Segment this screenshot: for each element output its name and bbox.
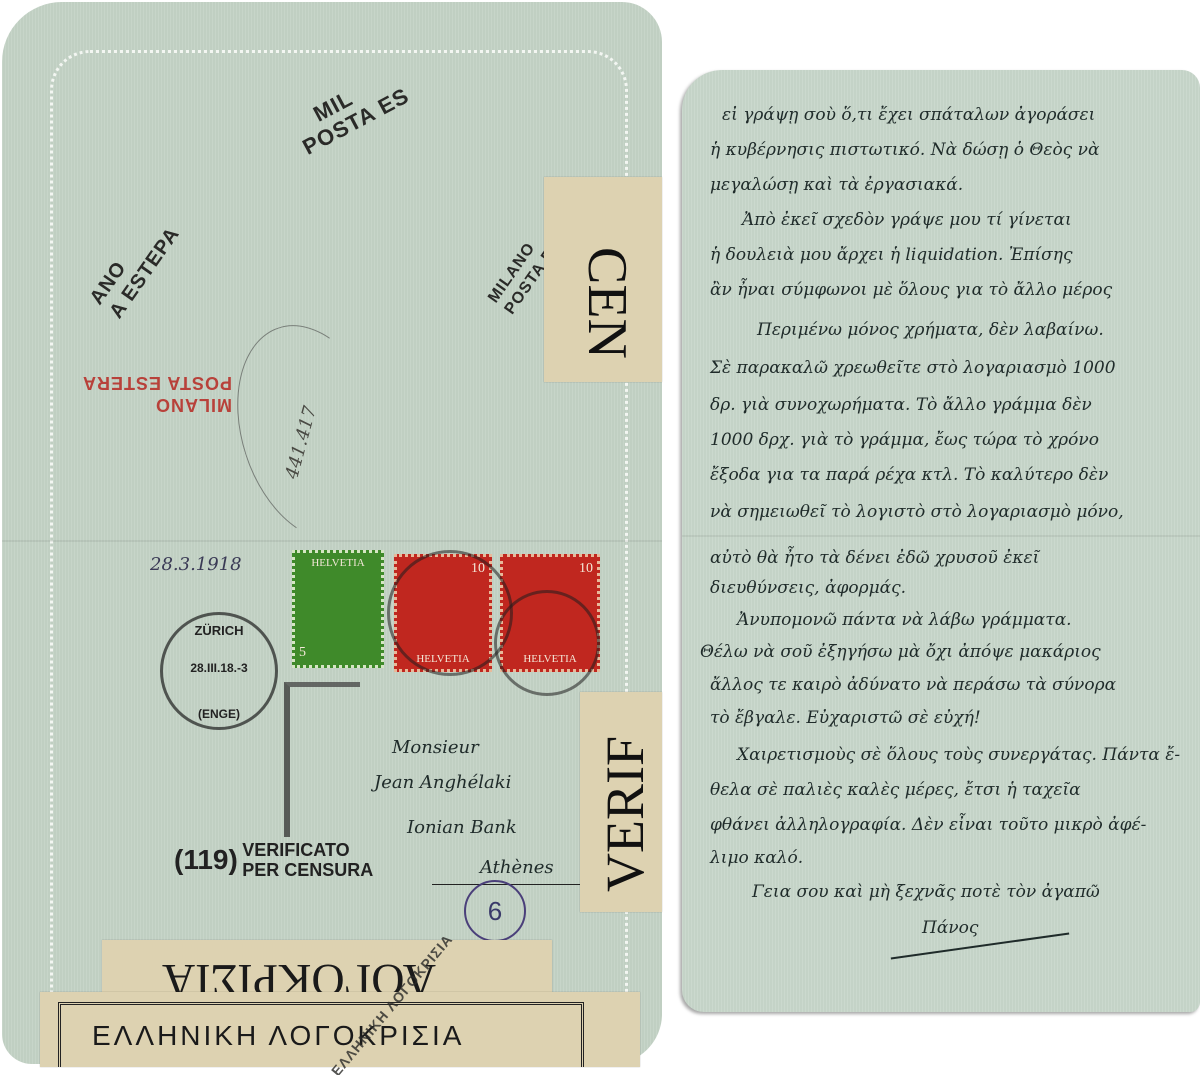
- address-line: Jean Anghélaki: [374, 772, 511, 793]
- address-line: Ionian Bank: [407, 817, 517, 838]
- letter-line: λιμο καλό.: [710, 848, 803, 868]
- letter-line: διευθύνσεις, ἀφορμάς.: [710, 578, 906, 598]
- stamp-value: 10: [579, 561, 593, 577]
- zurich-cancel-stamp: ZÜRICH 28.III.18.-3 (ENGE): [160, 612, 278, 730]
- censor-label-text: ΕΛΛΗΝΙΚΗ ΛΟΓΟΚΡΙΣΙΑ: [92, 1020, 464, 1052]
- cancel-district: (ENGE): [163, 707, 275, 721]
- letter-line: ἂν ἦναι σύμφωνοι μὲ ὅλους για τὸ ἄλλο μέ…: [710, 280, 1112, 300]
- censor-label-text: VERIF: [594, 736, 656, 892]
- letter-line: θελα σὲ παλιὲς καλὲς μέρες, ἔτσι ἡ ταχεῖ…: [710, 780, 1081, 800]
- letter-line: ἡ κυβέρνησις πιστωτικό. Νὰ δώσῃ ὁ Θεὸς ν…: [710, 140, 1099, 160]
- letter-line: Χαιρετισμοὺς σὲ ὅλους τοὺς συνεργάτας. Π…: [737, 745, 1180, 765]
- stamp-country: HELVETIA: [311, 557, 364, 569]
- violet-circle-mark: 6: [464, 880, 526, 942]
- letter-line: αὐτὸ θὰ ἦτο τὰ δένει ἐδῶ χρυσοῦ ἐκεῖ: [710, 548, 1039, 568]
- letter-line: φθάνει ἀλληλογραφία. Δὲν εἶναι τοῦτο μικ…: [710, 815, 1146, 835]
- censor-line: VERIFICATO: [242, 840, 373, 860]
- handwritten-date: 28.3.1918: [150, 554, 242, 575]
- letter-card-back: εἰ γράψῃ σοὺ ὅ,τι ἔχει σπάταλων ἀγοράσει…: [682, 70, 1200, 1012]
- letter-line: Θέλω νὰ σοῦ ἐξηγήσω μὰ ὄχι ἀπόψε μακάριο…: [700, 642, 1101, 662]
- letter-line: Περιμένω μόνος χρήματα, δὲν λαβαίνω.: [757, 320, 1104, 340]
- cancel-on-stamps-1: [387, 550, 513, 676]
- address-line: Monsieur: [392, 737, 479, 758]
- letter-line: ἡ δουλειὰ μου ἄρχει ἡ liquidation. Ἐπίση…: [710, 245, 1073, 265]
- censor-number: (119): [174, 844, 238, 875]
- stamp-value: 5: [299, 645, 306, 661]
- letter-line: Γεια σου καὶ μὴ ξεχνᾶς ποτὲ τὸν ἀγαπῶ: [752, 882, 1100, 902]
- censor-label-verif: VERIF: [580, 692, 662, 912]
- letter-line: μεγαλώσῃ καὶ τὰ ἐργασιακά.: [710, 175, 963, 195]
- letter-line: ἔξοδα για τα παρά ρέχα κτλ. Τὸ καλύτερο …: [710, 465, 1108, 485]
- letter-line: Σὲ παρακαλῶ χρεωθεῖτε στὸ λογαριασμὸ 100…: [710, 358, 1116, 378]
- postage-stamp-5: HELVETIA 5: [292, 550, 384, 668]
- signature: Πάνος: [922, 918, 978, 938]
- cancel-on-stamps-2: [494, 590, 600, 696]
- letter-line: 1000 δρχ. γιὰ τὸ γράμμα, ἔως τώρα τὸ χρό…: [710, 430, 1099, 450]
- cancel-date: 28.III.18.-3: [163, 661, 275, 675]
- censor-label-cen: CEN: [544, 177, 662, 382]
- circle-mark-number: 6: [488, 896, 502, 926]
- fold-line: [682, 535, 1200, 537]
- letter-line: δρ. γιὰ συνοχωρήματα. Τὸ ἄλλο γράμμα δὲν: [710, 395, 1092, 415]
- letter-line: τὸ ἔβγαλε. Εὐχαριστῶ σὲ εὐχή!: [710, 708, 981, 728]
- letter-card-front: MIL POSTA ES ANO A ESTEPA MILANO POSTA E…: [2, 2, 662, 1064]
- censor-stamp: (119) VERIFICATO PER CENSURA: [174, 840, 373, 880]
- milano-postmark-red: MILANO POSTA ESTERA: [82, 372, 232, 416]
- letter-line: ἄλλος τε καιρὸ ἀδύνατο νὰ περάσω τὰ σύνο…: [710, 675, 1116, 695]
- address-line: Athènes: [480, 857, 554, 878]
- letter-line: νὰ σημειωθεῖ τὸ λογιστὸ στὸ λογαριασμὸ μ…: [710, 502, 1124, 522]
- cancel-city: ZÜRICH: [163, 623, 275, 638]
- letter-line: εἰ γράψῃ σοὺ ὅ,τι ἔχει σπάταλων ἀγοράσει: [722, 105, 1095, 125]
- censor-label-text: CEN: [575, 247, 639, 359]
- censor-frame-mark: [284, 682, 360, 837]
- letter-line: Ἀπὸ ἐκεῖ σχεδὸν γράψε μου τί γίνεται: [742, 210, 1072, 230]
- postmark-line: POSTA ESTERA: [82, 372, 232, 394]
- perforation-border: [50, 50, 628, 1036]
- letter-line: Ἀνυπομονῶ πάντα νὰ λάβω γράμματα.: [737, 610, 1072, 630]
- postmark-line: MILANO: [82, 394, 232, 416]
- signature-flourish: [891, 932, 1070, 959]
- greek-censor-label-upside: ΛΟΓΟΚΡΙΣΙΑ: [102, 940, 552, 1000]
- censor-line: PER CENSURA: [242, 860, 373, 880]
